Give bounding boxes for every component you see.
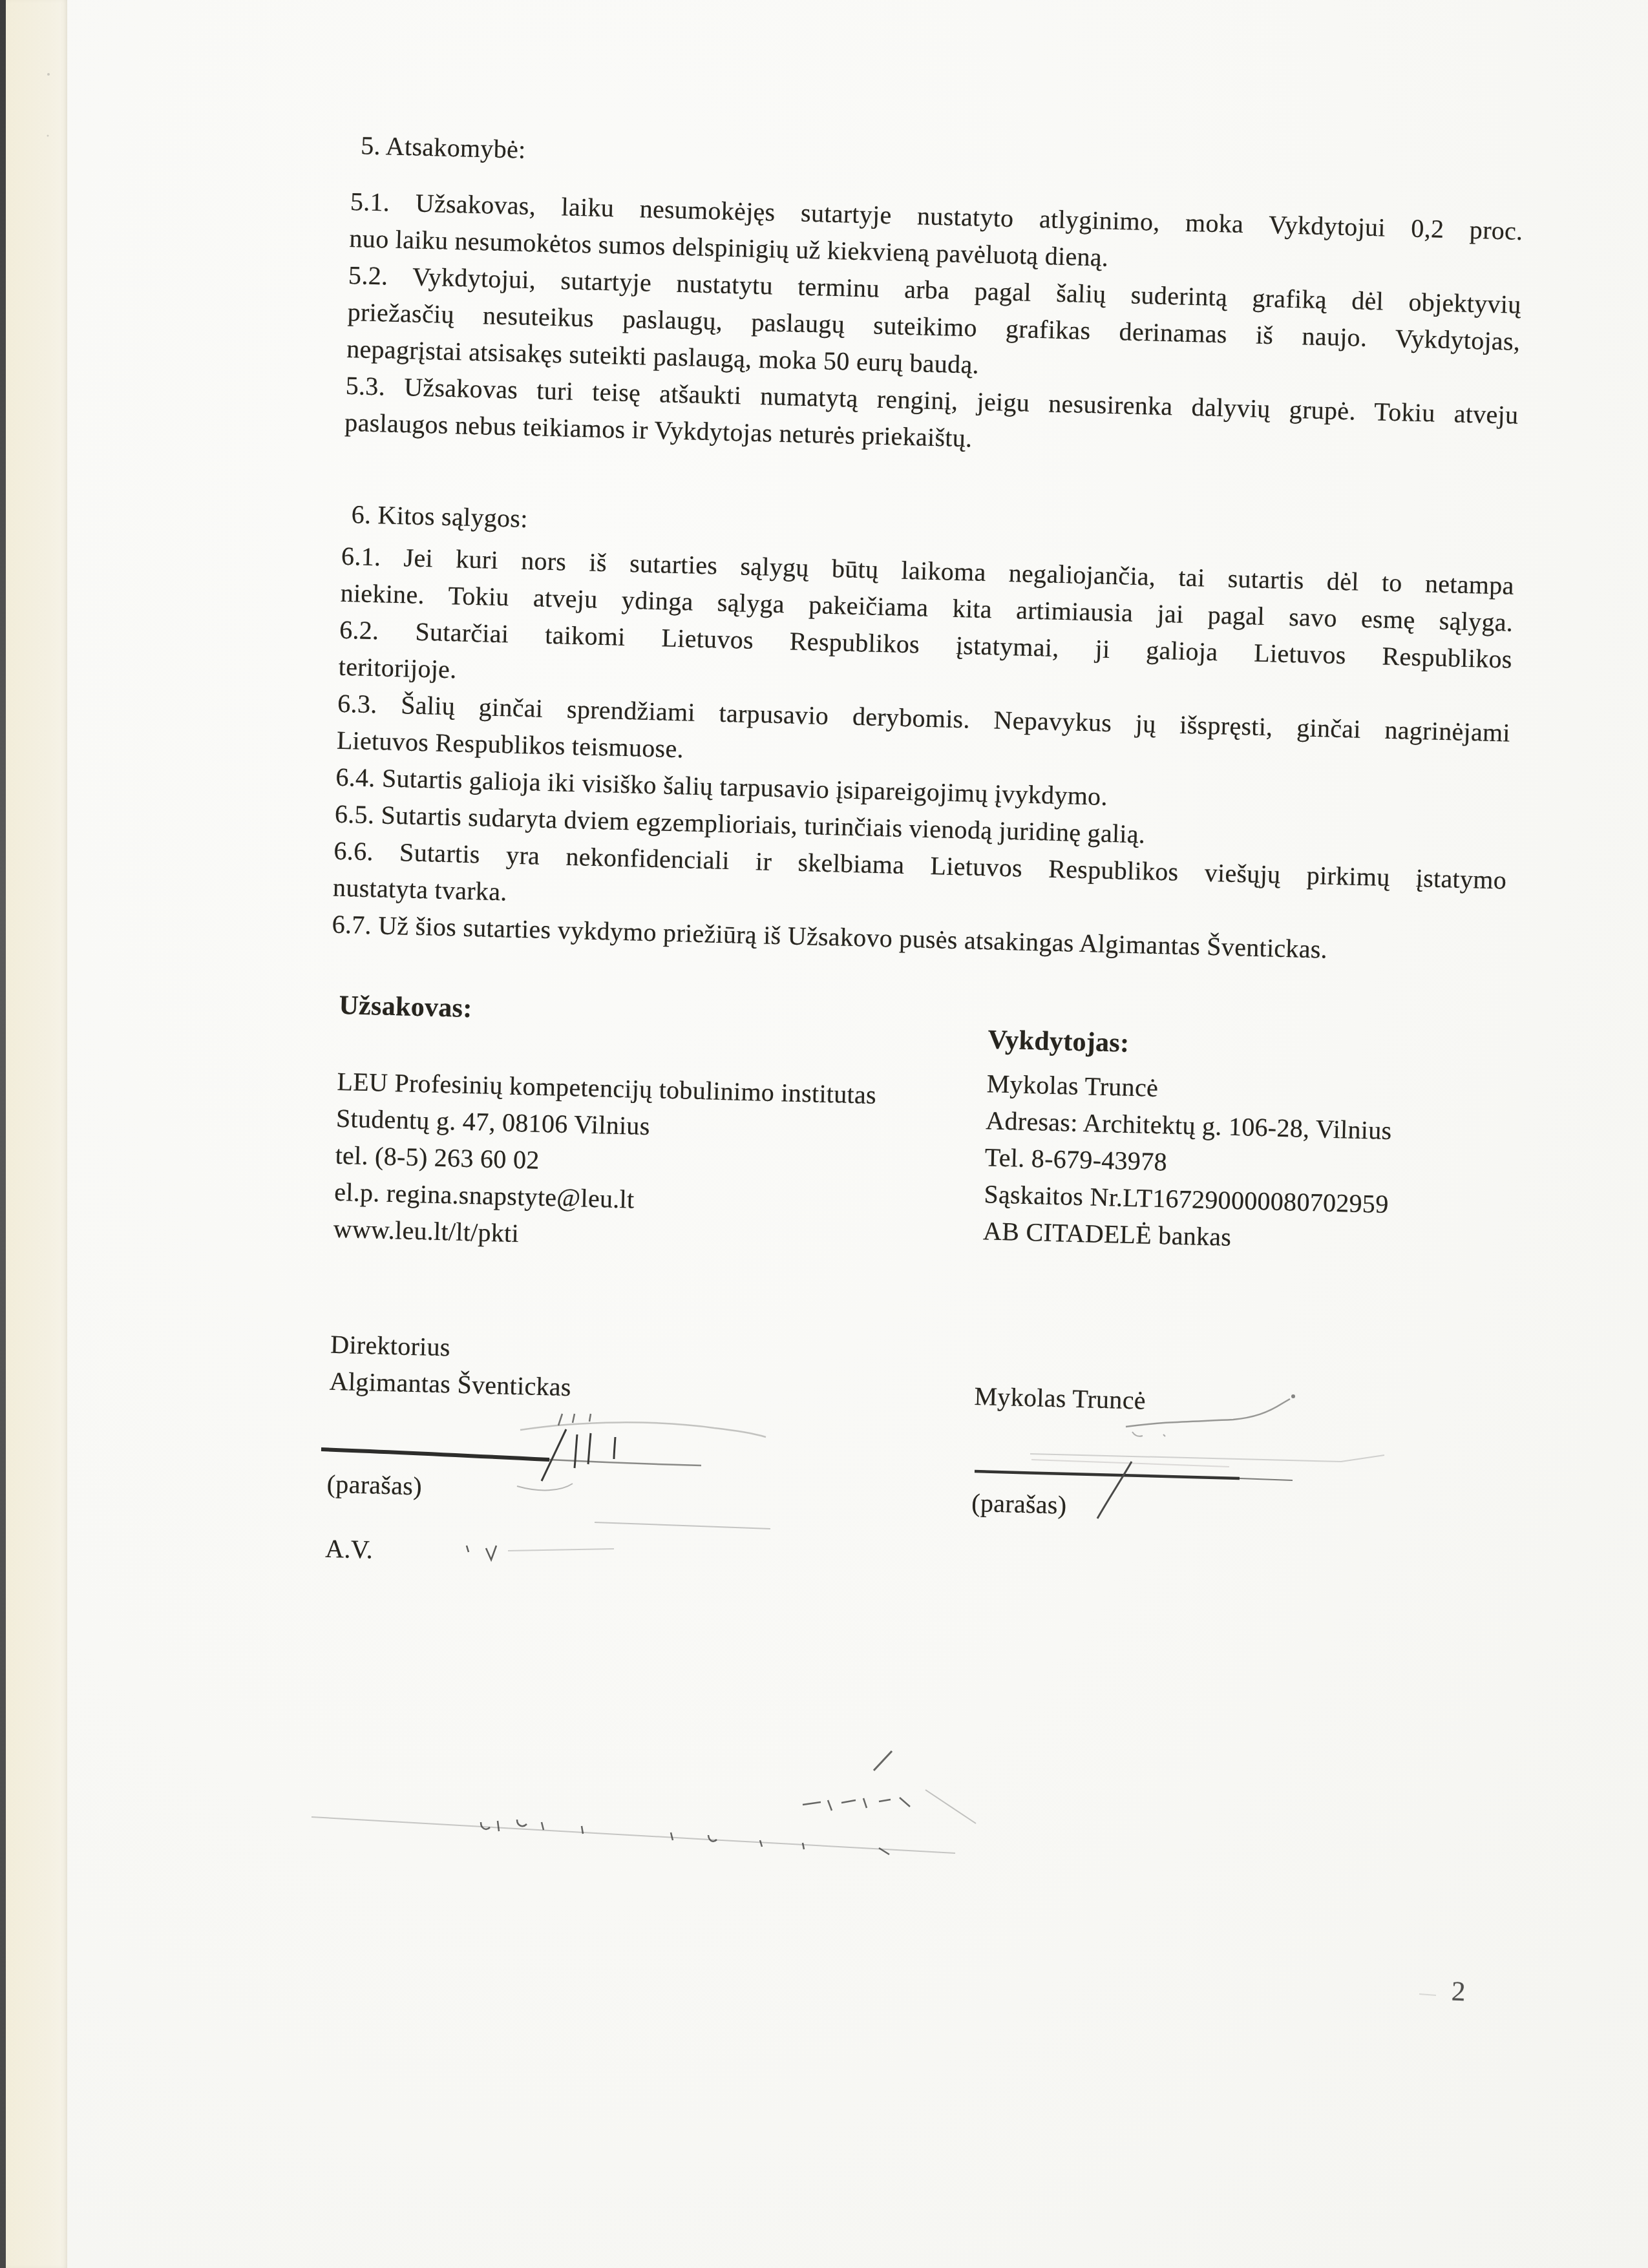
contractor-column: Vykdytojas: Mykolas Truncė Adresas: Arch…: [982, 1003, 1503, 1276]
seal-abbreviation: A.V.: [325, 1530, 374, 1568]
bleedthrough-letter-bits: [481, 1820, 889, 1854]
client-heading: Užsakovas:: [339, 987, 989, 1040]
client-column: Užsakovas: LEU Profesinių kompetencijų t…: [333, 987, 989, 1263]
faint-dash: [1419, 1994, 1436, 1995]
client-signature-caption: (parašas): [326, 1465, 422, 1505]
document-content: 5. Atsakomybė: 5.1. Užsakovas, laiku nes…: [314, 127, 1525, 1674]
page-number: 2: [1451, 1976, 1466, 2008]
paper-edge: [6, 0, 67, 2268]
contractor-signatory-name: Mykolas Truncė: [974, 1378, 1146, 1419]
bleedthrough-wavy-line: [312, 1817, 955, 1853]
parties-block: Užsakovas: LEU Profesinių kompetencijų t…: [324, 987, 1503, 1277]
client-signatory-role: Direktorius: [330, 1326, 573, 1369]
contractor-heading: Vykdytojas:: [988, 1022, 1503, 1071]
section-5-heading: 5. Atsakomybė:: [361, 127, 1534, 193]
stray-slash-mark: [874, 1751, 892, 1770]
contractor-signature-caption: (parašas): [971, 1484, 1067, 1524]
client-signatory-name: Algimantas Šventickas: [329, 1363, 571, 1405]
scan-edge-shadow: [0, 0, 6, 2268]
bleedthrough-scribble: [803, 1798, 910, 1811]
client-signatory-block: Direktorius Algimantas Šventickas: [329, 1326, 573, 1405]
bleedthrough-diagonal: [925, 1790, 976, 1823]
scanned-contract-page: 5. Atsakomybė: 5.1. Užsakovas, laiku nes…: [0, 0, 1648, 2268]
